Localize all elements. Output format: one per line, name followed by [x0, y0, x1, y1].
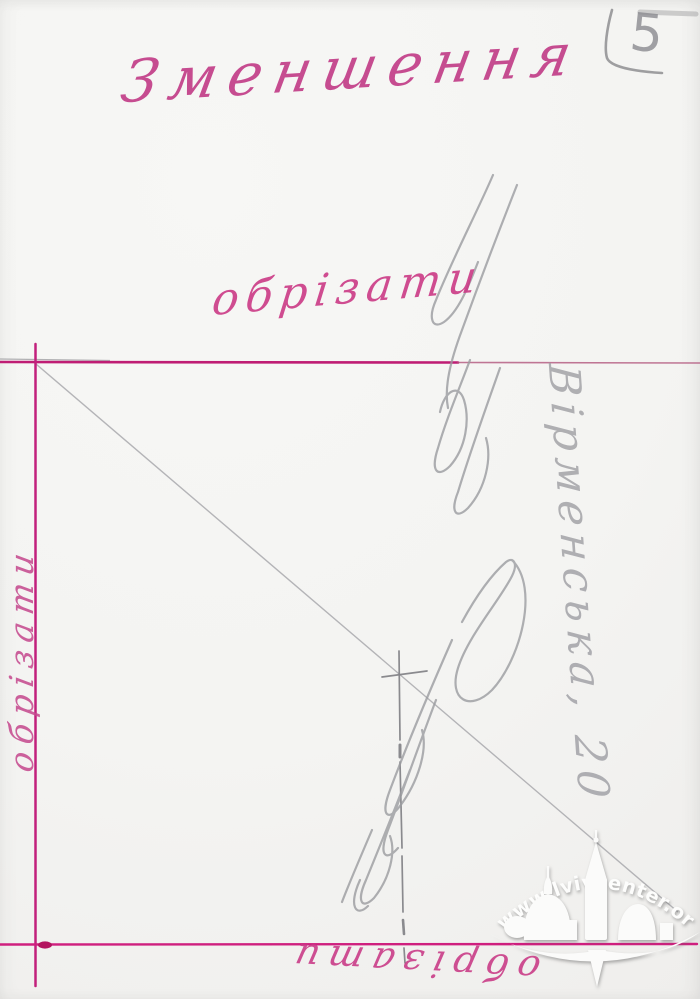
corner-number-pencil: 5 [627, 2, 666, 65]
crop-instruction-left-edge: обрізати [2, 542, 41, 775]
crop-cross-mark [382, 651, 427, 963]
pencil-overlap-line [0, 359, 110, 361]
photo-back-scan: www.lvivcenter.org Зменшення обрізати об… [0, 0, 700, 999]
ink-blob [38, 941, 52, 948]
